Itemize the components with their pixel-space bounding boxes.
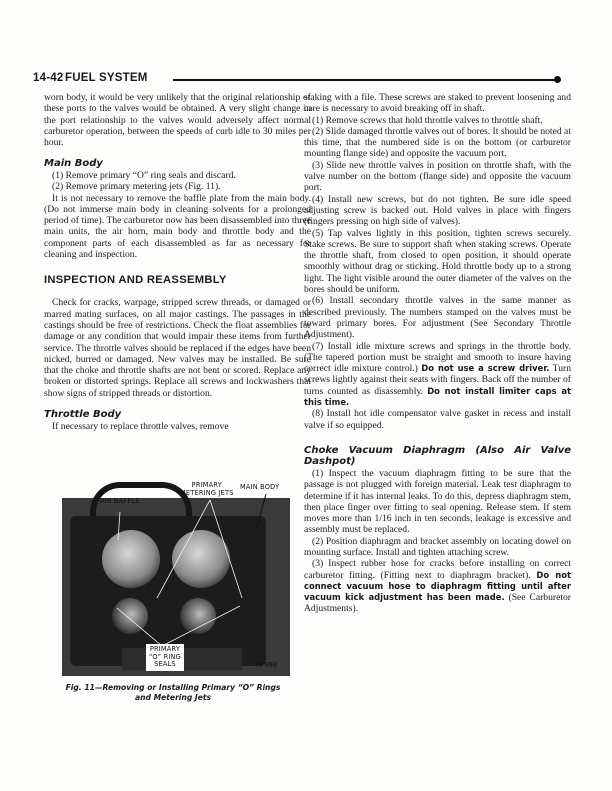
main-body-note: It is not necessary to remove the baffle…: [44, 193, 311, 261]
label-main-body: MAIN BODY: [240, 484, 279, 492]
choke-step-1: (1) Inspect the vacuum diaphragm fitting…: [304, 468, 571, 536]
page-header: 14-42 FUEL SYSTEM: [33, 72, 533, 86]
header-bullet-icon: [554, 76, 561, 83]
choke-step-3: (3) Inspect rubber hose for cracks befor…: [304, 558, 571, 614]
label-air-baffle: AIR BAFFLE: [100, 498, 140, 506]
main-body-heading: Main Body: [44, 158, 311, 170]
section-title: FUEL SYSTEM: [65, 72, 148, 84]
caption-line-2: and Metering Jets: [40, 693, 306, 703]
label-jets-line2: METERING JETS: [180, 490, 234, 498]
throttle-step-4: (4) Install new screws, but do not tight…: [304, 194, 571, 228]
caption-line-1: Fig. 11—Removing or Installing Primary “…: [40, 683, 306, 693]
throttle-body-paragraph: If necessary to replace throttle valves,…: [44, 421, 311, 432]
inspection-paragraph: Check for cracks, warpage, stripped scre…: [44, 297, 311, 399]
right-column: staking with a file. These screws are st…: [304, 92, 571, 615]
throttle-step-5: (5) Tap valves lightly in this position,…: [304, 228, 571, 296]
label-primary-o-ring-seals: PRIMARY “O” RING SEALS: [146, 644, 184, 671]
left-column: worn body, it would be very unlikely tha…: [44, 92, 311, 432]
throttle-step-3: (3) Slide new throttle valves in positio…: [304, 160, 571, 194]
step7-warning-1: Do not use a screw driver.: [421, 363, 549, 373]
continuation-paragraph: staking with a file. These screws are st…: [304, 92, 571, 115]
page-number: 14-42: [33, 72, 63, 84]
main-body-step-1: (1) Remove primary “O” ring seals and di…: [44, 170, 311, 181]
throttle-step-6: (6) Install secondary throttle valves in…: [304, 295, 571, 340]
figure-11: AIR BAFFLE PRIMARY METERING JETS MAIN BO…: [62, 480, 290, 676]
figure-code: PF968: [256, 662, 277, 670]
manual-page: 14-42 FUEL SYSTEM worn body, it would be…: [0, 0, 612, 791]
figure-caption: Fig. 11—Removing or Installing Primary “…: [40, 683, 306, 703]
choke-step-2: (2) Position diaphragm and bracket assem…: [304, 536, 571, 559]
header-rule: [173, 79, 556, 81]
main-body-step-2: (2) Remove primary metering jets (Fig. 1…: [44, 181, 311, 192]
throttle-step-8: (8) Install hot idle compensator valve g…: [304, 408, 571, 431]
intro-paragraph: worn body, it would be very unlikely tha…: [44, 92, 311, 148]
choke-step3-text-1: (3) Inspect rubber hose for cracks befor…: [304, 558, 571, 580]
label-oring-line3: SEALS: [149, 661, 181, 669]
choke-diaphragm-heading: Choke Vacuum Diaphragm (Also Air Valve D…: [304, 445, 571, 468]
throttle-body-heading: Throttle Body: [44, 409, 311, 421]
throttle-step-1: (1) Remove screws that hold throttle val…: [304, 115, 571, 126]
throttle-step-7: (7) Install idle mixture screws and spri…: [304, 341, 571, 409]
throttle-step-2: (2) Slide damaged throttle valves out of…: [304, 126, 571, 160]
label-primary-metering-jets: PRIMARY METERING JETS: [180, 482, 234, 497]
inspection-heading: INSPECTION AND REASSEMBLY: [44, 274, 311, 287]
